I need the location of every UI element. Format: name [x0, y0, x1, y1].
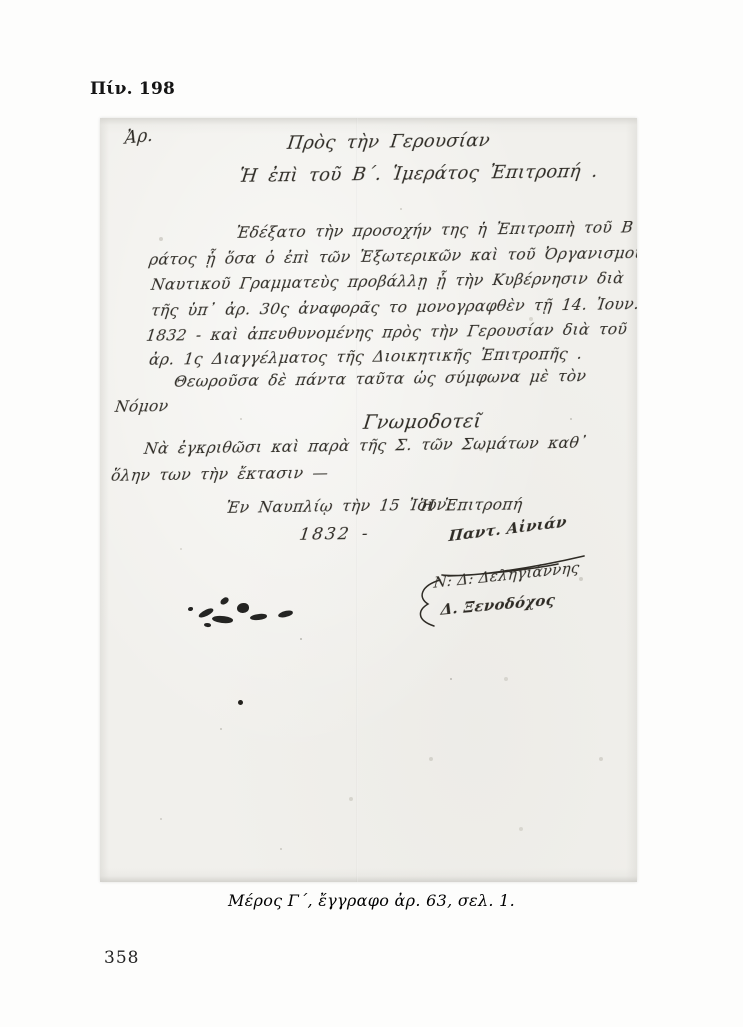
plate-label: Πίν. 198	[90, 79, 175, 99]
ink-blob	[212, 615, 234, 625]
signature: Δ. Ξενοδόχος	[440, 591, 556, 619]
handwriting-line: 1832 - καὶ ἀπευθυνομένης πρὸς τὴν Γερουσ…	[145, 320, 637, 345]
ink-blob	[237, 603, 249, 613]
paper-speckles	[100, 118, 102, 120]
ink-smudge	[182, 595, 302, 635]
ink-blob	[278, 610, 294, 619]
handwriting-line: Ἐδέξατο τὴν προσοχήν της ἡ Ἐπιτροπὴ τοῦ …	[235, 218, 637, 242]
handwriting-line: τῆς ὑπ᾿ ἀρ. 30ς ἀναφορᾶς το μονογραφθὲν …	[150, 295, 637, 320]
document-scan: Ἀρ. Πρὸς τὴν Γερουσίαν Ἡ ἐπὶ τοῦ Β΄. Ἱμε…	[100, 118, 637, 882]
handwriting-line: Νόμον	[114, 397, 170, 416]
caption: Μέρος Γ΄, ἔγγραφο ἀρ. 63, σελ. 1.	[0, 891, 743, 910]
doc-number-label: Ἀρ.	[124, 126, 154, 149]
heading-line-2: Ἡ ἐπὶ τοῦ Β΄. Ἱμεράτος Ἐπιτροπή .	[238, 161, 599, 187]
ink-dot	[238, 700, 243, 705]
resolution-word: Γνωμοδοτεῖ	[362, 410, 483, 434]
ink-blob	[204, 622, 212, 627]
year-line: 1832 -	[298, 524, 371, 545]
handwriting-line: Νὰ ἐγκριθῶσι καὶ παρὰ τῆς Σ. τῶν Σωμάτων…	[143, 434, 588, 458]
handwriting-line: Ναυτικοῦ Γραμματεὺς προβάλλῃ ᾗ τὴν Κυβέρ…	[150, 269, 625, 294]
signature: Παντ. Αἰνιάν	[448, 512, 567, 545]
ink-blob	[250, 613, 267, 620]
book-page: Πίν. 198 Ἀρ. Πρὸς τὴν Γερουσίαν Ἡ ἐπὶ το…	[0, 0, 743, 1027]
ink-blob	[219, 596, 230, 606]
handwriting-line: ράτος ᾗ ὅσα ὁ ἐπὶ τῶν Ἐξωτερικῶν καὶ τοῦ…	[148, 244, 637, 269]
heading-line-1: Πρὸς τὴν Γερουσίαν	[286, 130, 491, 154]
handwriting-line: ἀρ. 1ς Διαγγέλματος τῆς Διοικητικῆς Ἐπιτ…	[148, 345, 584, 369]
signature-brace-flourish	[414, 576, 442, 628]
handwriting-line: ὅλην των τὴν ἔκτασιν —	[110, 464, 329, 485]
handwriting-line: Θεωροῦσα δὲ πάντα ταῦτα ὡς σύμφωνα μὲ τὸ…	[173, 367, 587, 391]
page-number: 358	[104, 948, 139, 968]
committee-label: Ἡ Ἐπιτροπή	[418, 496, 524, 515]
ink-blob	[188, 607, 193, 611]
